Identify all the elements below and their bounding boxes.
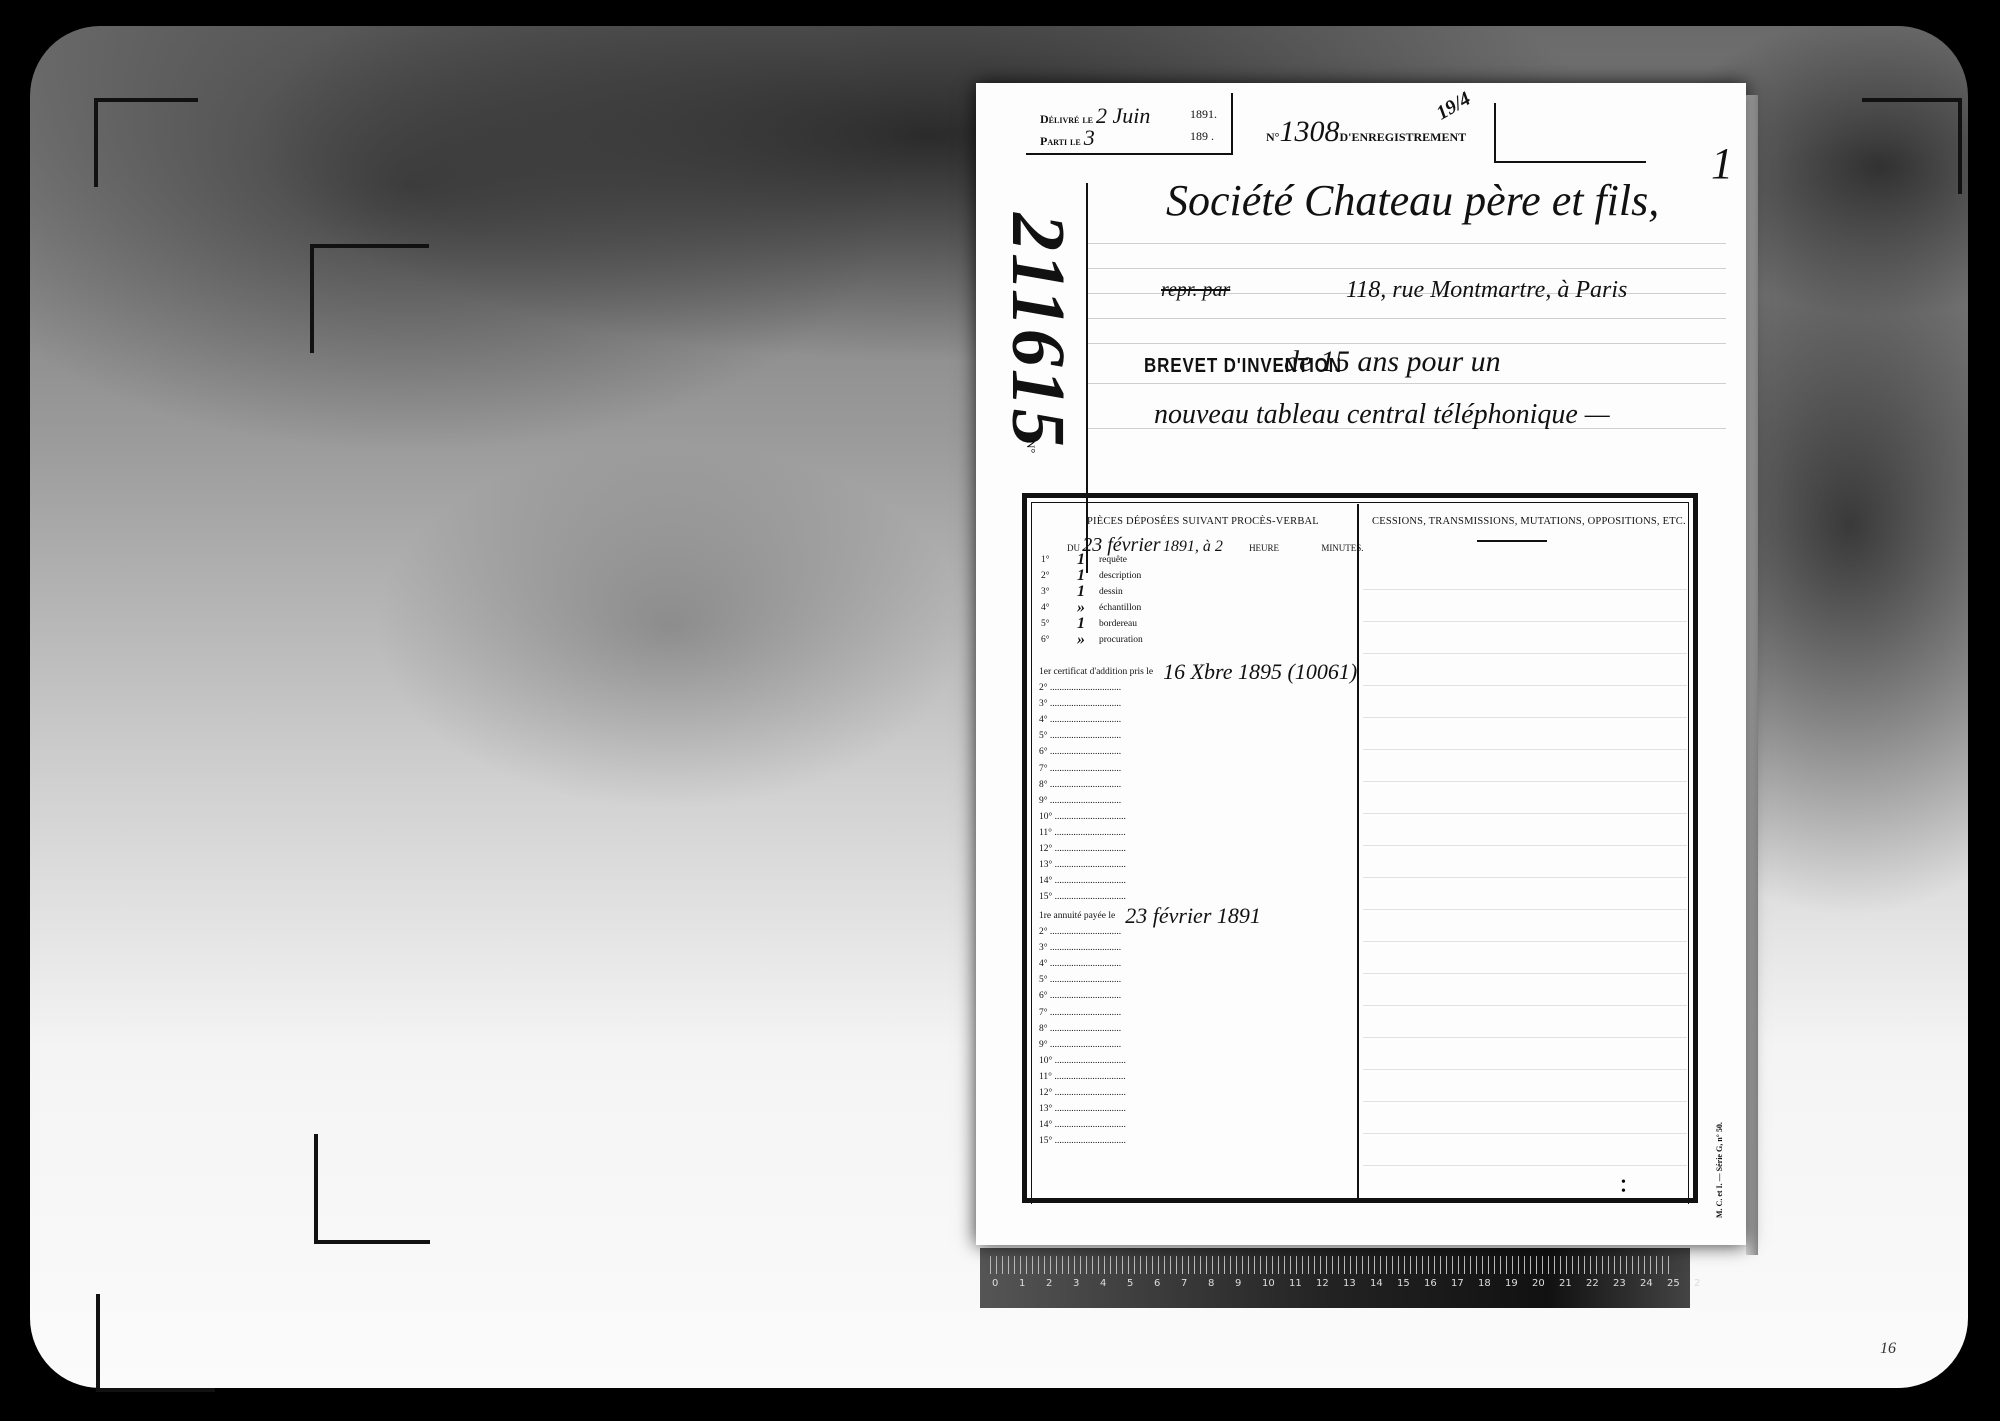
ruler-number: 21 [1559, 1278, 1586, 1289]
departed-year: 189 . [1190, 129, 1214, 144]
certificate-row: 7° .............................. [1039, 761, 1357, 777]
pv-year: 1891, à 2 [1163, 538, 1223, 555]
piece-count: 1 [1077, 584, 1099, 600]
holder-name: Société Chateau père et fils, [1166, 175, 1659, 226]
piece-number: 5° [1041, 616, 1077, 632]
column-divider [1357, 504, 1359, 1198]
ruler-number: 11 [1289, 1278, 1316, 1289]
right-column-rules [1363, 558, 1687, 1188]
crop-mark-top-right [1862, 98, 1962, 194]
ruler-numbers: 0123456789101112131415161718192021222324… [992, 1278, 1721, 1289]
annuity-row: 11° .............................. [1039, 1069, 1261, 1085]
measurement-ruler: 0123456789101112131415161718192021222324… [980, 1248, 1690, 1308]
patent-subject: nouveau tableau central téléphonique — [1154, 399, 1610, 431]
crop-mark-inner-top-left [310, 244, 429, 353]
delivered-year: 1891. [1190, 107, 1217, 122]
ruled-line [1088, 268, 1726, 269]
certificate-row: 14° .............................. [1039, 873, 1357, 889]
ruler-number: 15 [1397, 1278, 1424, 1289]
printer-mark: M. C. et I. — Série G, n° 50. [1715, 1122, 1724, 1218]
ruler-number: 2 [1046, 1278, 1073, 1289]
folio-mark: 16 [1880, 1340, 1896, 1358]
ruler-number: 14 [1370, 1278, 1397, 1289]
annuity-value: 23 février 1891 [1125, 908, 1261, 924]
pieces-list: 1°1requête2°1description3°1dessin4°»écha… [1041, 552, 1143, 648]
ruler-number: 2 [1694, 1278, 1721, 1289]
register-table-frame: PIÈCES DÉPOSÉES SUIVANT PROCÈS-VERBAL CE… [1022, 493, 1698, 1203]
ruler-number: 17 [1451, 1278, 1478, 1289]
heading-rule [1477, 540, 1547, 542]
piece-row: 1°1requête [1041, 552, 1143, 568]
departed-value: 3 [1084, 125, 1095, 150]
ruler-number: 0 [992, 1278, 1019, 1289]
piece-count: 1 [1077, 616, 1099, 632]
annuity-row: 6° .............................. [1039, 988, 1261, 1004]
annuity-row: 4° .............................. [1039, 956, 1261, 972]
ruler-number: 13 [1343, 1278, 1370, 1289]
reference-box [1494, 103, 1646, 163]
ruler-number: 10 [1262, 1278, 1289, 1289]
patent-number-label: N° [1023, 440, 1038, 453]
piece-label: dessin [1099, 584, 1123, 600]
piece-label: description [1099, 568, 1141, 584]
certificate-row: 3° .............................. [1039, 696, 1357, 712]
piece-row: 5°1bordereau [1041, 616, 1143, 632]
certificate-label: 1er certificat d'addition pris le [1039, 664, 1153, 680]
ruled-line [1088, 243, 1726, 244]
piece-number: 6° [1041, 632, 1077, 648]
holder-address-struck: repr. par [1161, 279, 1230, 302]
annuity-row: 13° .............................. [1039, 1101, 1261, 1117]
certificate-row: 11° .............................. [1039, 825, 1357, 841]
annuity-row: 10° .............................. [1039, 1053, 1261, 1069]
ruler-number: 23 [1613, 1278, 1640, 1289]
crop-mark-inner-bottom-left [314, 1134, 430, 1244]
page-edge [1746, 95, 1758, 1255]
ruler-ticks [990, 1256, 1670, 1274]
pv-minutes-label: MINUTES. [1321, 543, 1363, 553]
annuity-row-first: 1re annuité payée le23 février 1891 [1039, 908, 1261, 924]
certificate-row: 6° .............................. [1039, 744, 1357, 760]
certificate-row: 12° .............................. [1039, 841, 1357, 857]
ruler-number: 1 [1019, 1278, 1046, 1289]
certificates-list: 1er certificat d'addition pris le16 Xbre… [1039, 664, 1357, 905]
ruler-number: 25 [1667, 1278, 1694, 1289]
piece-label: procuration [1099, 632, 1143, 648]
patent-number: 211615 [994, 213, 1081, 449]
piece-number: 4° [1041, 600, 1077, 616]
ruled-line [1088, 383, 1726, 384]
ruled-line [1088, 318, 1726, 319]
ruler-number: 24 [1640, 1278, 1667, 1289]
ink-dots: •• [1621, 1178, 1626, 1196]
ruler-number: 5 [1127, 1278, 1154, 1289]
patent-duration: de 15 ans pour un [1284, 345, 1501, 379]
certificate-row: 9° .............................. [1039, 793, 1357, 809]
piece-row: 2°1description [1041, 568, 1143, 584]
annuity-row: 7° .............................. [1039, 1005, 1261, 1021]
certificate-row: 8° .............................. [1039, 777, 1357, 793]
certificate-row: 4° .............................. [1039, 712, 1357, 728]
ruler-number: 18 [1478, 1278, 1505, 1289]
cessions-heading: CESSIONS, TRANSMISSIONS, MUTATIONS, OPPO… [1372, 516, 1686, 527]
certificate-row: 13° .............................. [1039, 857, 1357, 873]
piece-label: bordereau [1099, 616, 1137, 632]
patent-register-page: Délivré le 2 Juin 1891. Parti le 3 189 .… [976, 83, 1746, 1245]
ruler-number: 3 [1073, 1278, 1100, 1289]
piece-number: 3° [1041, 584, 1077, 600]
piece-number: 1° [1041, 552, 1077, 568]
ruler-number: 4 [1100, 1278, 1127, 1289]
pv-hour-label: HEURE [1249, 543, 1279, 553]
ruler-number: 22 [1586, 1278, 1613, 1289]
ruler-number: 19 [1505, 1278, 1532, 1289]
piece-count: » [1077, 632, 1099, 648]
piece-count: 1 [1077, 568, 1099, 584]
ruled-line [1088, 343, 1726, 344]
piece-label: échantillon [1099, 600, 1141, 616]
annuity-row: 12° .............................. [1039, 1085, 1261, 1101]
departed-label: Parti le [1040, 134, 1081, 148]
ruler-number: 8 [1208, 1278, 1235, 1289]
annuity-row: 8° .............................. [1039, 1021, 1261, 1037]
annuity-row: 9° .............................. [1039, 1037, 1261, 1053]
annuity-row: 15° .............................. [1039, 1133, 1261, 1149]
piece-row: 3°1dessin [1041, 584, 1143, 600]
ruler-number: 16 [1424, 1278, 1451, 1289]
annuity-row: 5° .............................. [1039, 972, 1261, 988]
holder-address: 118, rue Montmartre, à Paris [1346, 277, 1627, 304]
certificate-value: 16 Xbre 1895 (10061) [1163, 664, 1357, 680]
certificate-row-first: 1er certificat d'addition pris le16 Xbre… [1039, 664, 1357, 680]
crop-mark-bottom-left [96, 1294, 215, 1392]
piece-row: 4°»échantillon [1041, 600, 1143, 616]
annuities-list: 1re annuité payée le23 février 18912° ..… [1039, 908, 1261, 1149]
certificate-row: 5° .............................. [1039, 728, 1357, 744]
ruler-number: 20 [1532, 1278, 1559, 1289]
annuity-label: 1re annuité payée le [1039, 908, 1115, 924]
ruler-number: 6 [1154, 1278, 1181, 1289]
certificate-row: 10° .............................. [1039, 809, 1357, 825]
registration-number: N°1308D'ENREGISTREMENT [1266, 115, 1466, 149]
delivery-box: Délivré le 2 Juin 1891. Parti le 3 189 . [1026, 93, 1233, 155]
crop-mark-top-left [94, 98, 198, 187]
ruler-number: 12 [1316, 1278, 1343, 1289]
piece-label: requête [1099, 552, 1127, 568]
registration-label: D'ENREGISTREMENT [1339, 130, 1466, 144]
piece-row: 6°»procuration [1041, 632, 1143, 648]
delivered-label: Délivré le [1040, 112, 1093, 126]
margin-mark: 1 [1711, 138, 1733, 189]
annuity-row: 14° .............................. [1039, 1117, 1261, 1133]
annuity-row: 3° .............................. [1039, 940, 1261, 956]
registration-number-value: 1308 [1279, 115, 1339, 148]
piece-count: » [1077, 600, 1099, 616]
ruler-number: 7 [1181, 1278, 1208, 1289]
pieces-heading: PIÈCES DÉPOSÉES SUIVANT PROCÈS-VERBAL [1087, 516, 1319, 527]
piece-number: 2° [1041, 568, 1077, 584]
registration-prefix: N° [1266, 130, 1279, 144]
ruler-number: 9 [1235, 1278, 1262, 1289]
piece-count: 1 [1077, 552, 1099, 568]
